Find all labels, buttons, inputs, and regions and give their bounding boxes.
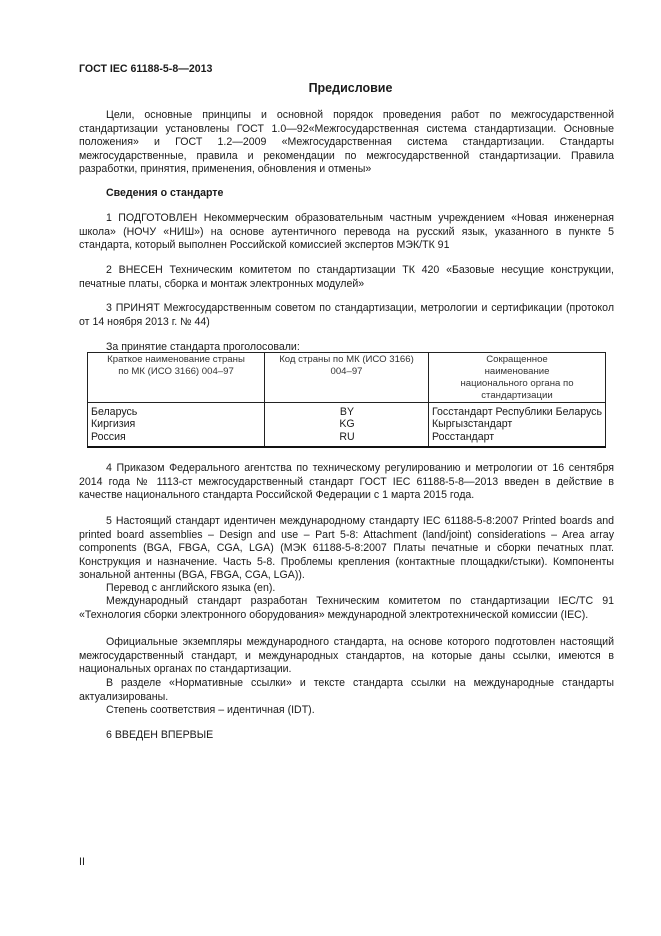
item-1: 1 ПОДГОТОВЛЕН Некоммерческим образовател… <box>79 212 614 253</box>
page-title: Предисловие <box>0 82 661 96</box>
item-6: 6 ВВЕДЕН ВПЕРВЫЕ <box>79 729 614 743</box>
header-country-code: Код страны по МК (ИСО 3166) 004–97 <box>265 353 429 403</box>
country-code: BY <box>268 406 426 418</box>
country-code: RU <box>268 431 426 443</box>
item-5-references: В разделе «Нормативные ссылки» и тексте … <box>79 677 614 704</box>
item-4: 4 Приказом Федерального агентства по тех… <box>79 462 614 503</box>
vote-table: Краткое наименование страны по МК (ИСО 3… <box>87 352 606 448</box>
country-code: KG <box>268 418 426 430</box>
bodies-cell: Госстандарт Республики Беларусь Кыргызст… <box>429 403 606 448</box>
page-number: II <box>79 856 85 870</box>
country-name: Киргизия <box>91 418 262 430</box>
country-name: Россия <box>91 431 262 443</box>
item-5-degree: Степень соответствия – идентичная (IDT). <box>79 704 614 718</box>
codes-cell: BY KG RU <box>265 403 429 448</box>
header-country-name: Краткое наименование страны по МК (ИСО 3… <box>88 353 265 403</box>
standards-body: Госстандарт Республики Беларусь <box>432 406 603 418</box>
page-title-text: Предисловие <box>309 81 393 95</box>
country-name: Беларусь <box>91 406 262 418</box>
item-5-developer: Международный стандарт разработан Технич… <box>79 595 614 622</box>
item-5-translation: Перевод с английского языка (en). <box>79 582 614 596</box>
item-2: 2 ВНЕСЕН Техническим комитетом по станда… <box>79 264 614 291</box>
header-standards-body: Сокращенное наименование национального о… <box>429 353 606 403</box>
vote-table-header-row: Краткое наименование страны по МК (ИСО 3… <box>88 353 606 403</box>
item-5-official-copies: Официальные экземпляры международного ст… <box>79 636 614 677</box>
vote-table-row: Беларусь Киргизия Россия BY KG RU Госста… <box>88 403 606 448</box>
countries-cell: Беларусь Киргизия Россия <box>88 403 265 448</box>
standards-body: Кыргызстандарт <box>432 418 603 430</box>
item-5: 5 Настоящий стандарт идентичен междунаро… <box>79 515 614 583</box>
item-3: 3 ПРИНЯТ Межгосударственным советом по с… <box>79 302 614 329</box>
standards-body: Росстандарт <box>432 431 603 443</box>
section-heading: Сведения о стандарте <box>106 187 223 201</box>
document-code: ГОСТ IEC 61188-5-8—2013 <box>79 63 212 77</box>
intro-paragraph: Цели, основные принципы и основной поряд… <box>79 109 614 177</box>
